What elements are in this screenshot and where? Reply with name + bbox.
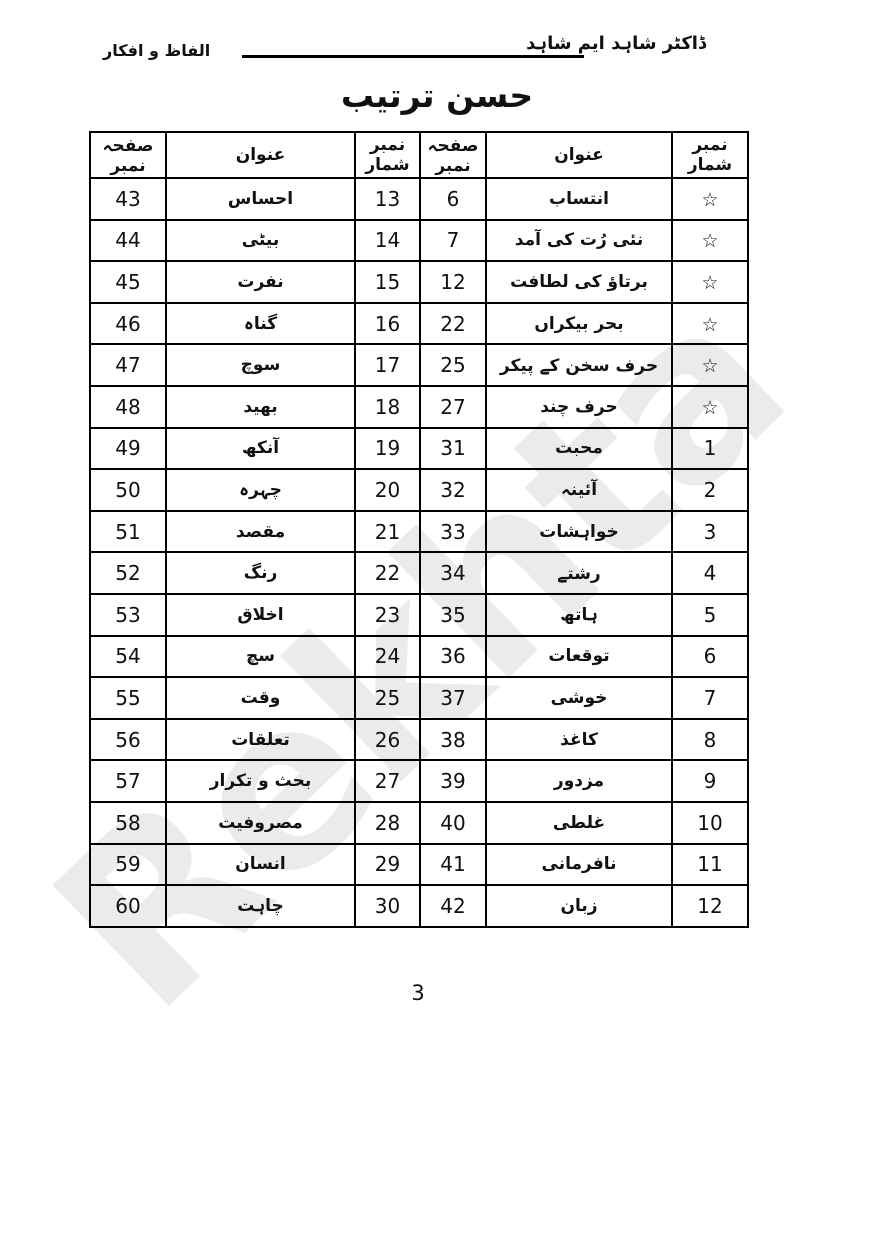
page-cell-left: 52 [90,552,166,594]
table-row: 9مزدور3927بحث و تکرار57 [90,760,748,802]
star-icon: ☆ [701,397,718,419]
page-cell-right: 27 [420,386,486,428]
star-icon: ☆ [701,314,718,336]
page-cell-right: 22 [420,303,486,345]
page-cell-right: 33 [420,511,486,553]
title-cell-right: انتساب [486,178,672,220]
header-book-title: الفاظ و افکار [103,41,210,60]
serial-cell-right: 3 [672,511,748,553]
page-cell-right: 40 [420,802,486,844]
serial-cell-right: 5 [672,594,748,636]
page-cell-left: 54 [90,636,166,678]
serial-cell-right: 10 [672,802,748,844]
serial-cell-left: 17 [355,344,420,386]
serial-cell-left: 23 [355,594,420,636]
page-cell-right: 32 [420,469,486,511]
serial-cell-right: ☆ [672,386,748,428]
document-page: Rekhta ڈاکٹر شاہد ایم شاہد الفاظ و افکار… [0,0,874,1241]
serial-cell-left: 27 [355,760,420,802]
page-cell-right: 42 [420,885,486,927]
serial-cell-right: 8 [672,719,748,761]
page-cell-left: 47 [90,344,166,386]
page-cell-right: 12 [420,261,486,303]
serial-cell-left: 16 [355,303,420,345]
star-icon: ☆ [701,355,718,377]
table-row: 3خواہشات3321مقصد51 [90,511,748,553]
serial-cell-right: 12 [672,885,748,927]
serial-cell-right: 4 [672,552,748,594]
table-row: 5ہاتھ3523اخلاق53 [90,594,748,636]
title-cell-right: رشتے [486,552,672,594]
serial-cell-right: 6 [672,636,748,678]
title-cell-right: خواہشات [486,511,672,553]
page-cell-right: 31 [420,428,486,470]
title-cell-right: بحر بیکراں [486,303,672,345]
page-cell-right: 41 [420,844,486,886]
page-cell-right: 6 [420,178,486,220]
toc-table-body: ☆انتساب613احساس43☆نئی رُت کی آمد714بیٹی4… [90,178,748,927]
title-cell-left: چہرہ [166,469,355,511]
page-cell-left: 53 [90,594,166,636]
title-cell-right: مزدور [486,760,672,802]
serial-cell-right: 9 [672,760,748,802]
page-cell-left: 59 [90,844,166,886]
page-cell-left: 51 [90,511,166,553]
page-cell-right: 36 [420,636,486,678]
title-cell-right: ہاتھ [486,594,672,636]
title-cell-left: سچ [166,636,355,678]
title-cell-right: حرف سخن کے پیکر [486,344,672,386]
col-header-serial-right: نمبر شمار [672,132,748,178]
page-cell-left: 45 [90,261,166,303]
table-row: 2آئینہ3220چہرہ50 [90,469,748,511]
title-cell-left: بحث و تکرار [166,760,355,802]
serial-cell-left: 20 [355,469,420,511]
serial-cell-right: 11 [672,844,748,886]
title-cell-right: کاغذ [486,719,672,761]
title-cell-right: خوشی [486,677,672,719]
title-cell-left: اخلاق [166,594,355,636]
title-cell-left: گناہ [166,303,355,345]
page-title: حسن ترتیب [0,76,874,115]
serial-cell-right: ☆ [672,220,748,262]
table-row: 1محبت3119آنکھ49 [90,428,748,470]
title-cell-left: وقت [166,677,355,719]
serial-cell-right: 2 [672,469,748,511]
title-cell-right: حرف چند [486,386,672,428]
star-icon: ☆ [701,230,718,252]
table-row: ☆حرف سخن کے پیکر2517سوچ47 [90,344,748,386]
title-cell-left: آنکھ [166,428,355,470]
page-cell-right: 39 [420,760,486,802]
page-cell-left: 60 [90,885,166,927]
title-cell-right: غلطی [486,802,672,844]
title-cell-right: برتاؤ کی لطافت [486,261,672,303]
serial-cell-left: 14 [355,220,420,262]
table-row: 11نافرمانی4129انسان59 [90,844,748,886]
title-cell-left: رنگ [166,552,355,594]
title-cell-left: مقصد [166,511,355,553]
serial-cell-left: 21 [355,511,420,553]
serial-cell-right: 7 [672,677,748,719]
serial-cell-left: 18 [355,386,420,428]
title-cell-right: توقعات [486,636,672,678]
serial-cell-left: 22 [355,552,420,594]
page-cell-right: 34 [420,552,486,594]
col-header-page-left: صفحہ نمبر [90,132,166,178]
title-cell-left: مصروفیت [166,802,355,844]
table-row: ☆حرف چند2718بھید48 [90,386,748,428]
serial-cell-left: 29 [355,844,420,886]
title-cell-left: انسان [166,844,355,886]
title-cell-left: سوچ [166,344,355,386]
star-icon: ☆ [701,189,718,211]
serial-cell-left: 30 [355,885,420,927]
title-cell-right: محبت [486,428,672,470]
table-row: 6توقعات3624سچ54 [90,636,748,678]
page-cell-left: 49 [90,428,166,470]
title-cell-left: تعلقات [166,719,355,761]
header-row: نمبر شمار عنوان صفحہ نمبر نمبر شمار عنوا… [90,132,748,178]
table-row: 8کاغذ3826تعلقات56 [90,719,748,761]
serial-cell-right: ☆ [672,344,748,386]
title-cell-left: نفرت [166,261,355,303]
table-row: ☆نئی رُت کی آمد714بیٹی44 [90,220,748,262]
table-row: 7خوشی3725وقت55 [90,677,748,719]
page-cell-left: 56 [90,719,166,761]
serial-cell-right: 1 [672,428,748,470]
page-cell-left: 46 [90,303,166,345]
serial-cell-left: 25 [355,677,420,719]
page-cell-left: 44 [90,220,166,262]
title-cell-left: بیٹی [166,220,355,262]
serial-cell-left: 13 [355,178,420,220]
table-row: 4رشتے3422رنگ52 [90,552,748,594]
serial-cell-right: ☆ [672,261,748,303]
col-header-title-right: عنوان [486,132,672,178]
header-author-name: ڈاکٹر شاہد ایم شاہد [526,33,706,54]
col-header-page-right: صفحہ نمبر [420,132,486,178]
serial-cell-right: ☆ [672,178,748,220]
page-number: 3 [89,981,747,1005]
table-row: 12زبان4230چاہت60 [90,885,748,927]
serial-cell-left: 24 [355,636,420,678]
page-cell-left: 43 [90,178,166,220]
title-cell-right: نافرمانی [486,844,672,886]
page-cell-right: 38 [420,719,486,761]
title-cell-left: احساس [166,178,355,220]
page-cell-left: 50 [90,469,166,511]
toc-table-header: نمبر شمار عنوان صفحہ نمبر نمبر شمار عنوا… [90,132,748,178]
title-cell-right: آئینہ [486,469,672,511]
serial-cell-right: ☆ [672,303,748,345]
title-cell-left: بھید [166,386,355,428]
serial-cell-left: 26 [355,719,420,761]
star-icon: ☆ [701,272,718,294]
table-row: ☆بحر بیکراں2216گناہ46 [90,303,748,345]
title-cell-left: چاہت [166,885,355,927]
page-cell-left: 57 [90,760,166,802]
table-row: 10غلطی4028مصروفیت58 [90,802,748,844]
table-row: ☆برتاؤ کی لطافت1215نفرت45 [90,261,748,303]
title-cell-right: زبان [486,885,672,927]
page-cell-left: 58 [90,802,166,844]
page-cell-right: 7 [420,220,486,262]
page-cell-right: 37 [420,677,486,719]
title-cell-right: نئی رُت کی آمد [486,220,672,262]
page-cell-left: 55 [90,677,166,719]
col-header-serial-left: نمبر شمار [355,132,420,178]
table-row: ☆انتساب613احساس43 [90,178,748,220]
page-cell-right: 25 [420,344,486,386]
page-cell-right: 35 [420,594,486,636]
toc-table: نمبر شمار عنوان صفحہ نمبر نمبر شمار عنوا… [89,131,749,928]
header-divider-line [242,55,584,58]
serial-cell-left: 28 [355,802,420,844]
serial-cell-left: 19 [355,428,420,470]
col-header-title-left: عنوان [166,132,355,178]
serial-cell-left: 15 [355,261,420,303]
page-cell-left: 48 [90,386,166,428]
